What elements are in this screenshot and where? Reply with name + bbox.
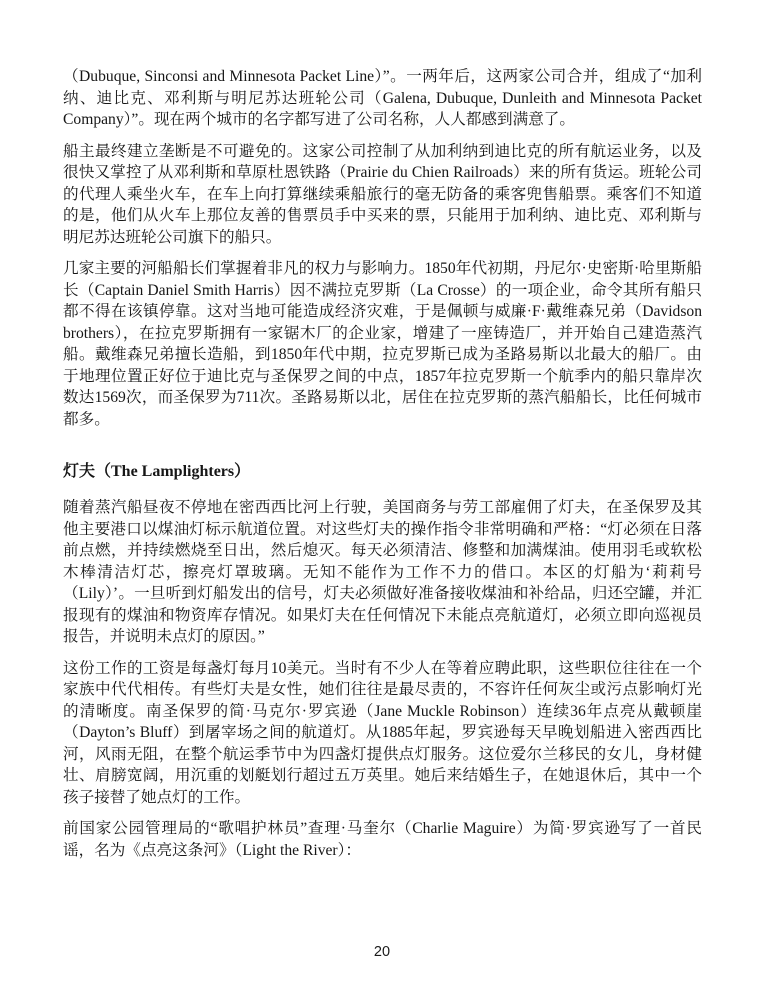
- paragraph-packet-line-merger: （Dubuque, Sinconsi and Minnesota Packet …: [63, 66, 702, 131]
- paragraph-captains-influence: 几家主要的河船船长们掌握着非凡的权力与影响力。1850年代初期，丹尼尔·史密斯·…: [63, 258, 702, 430]
- page-number: 20: [0, 944, 764, 960]
- paragraph-lamplighter-wages: 这份工作的工资是每盏灯每月10美元。当时有不少人在等着应聘此职，这些职位往往在一…: [63, 658, 702, 809]
- document-page: （Dubuque, Sinconsi and Minnesota Packet …: [0, 0, 764, 1000]
- page-content: （Dubuque, Sinconsi and Minnesota Packet …: [63, 66, 702, 871]
- paragraph-lamplighter-instructions: 随着蒸汽船昼夜不停地在密西西比河上行驶，美国商务与劳工部雇佣了灯夫，在圣保罗及其…: [63, 497, 702, 648]
- paragraph-monopoly: 船主最终建立垄断是不可避免的。这家公司控制了从加利纳到迪比克的所有航运业务，以及…: [63, 141, 702, 249]
- section-heading-lamplighters: 灯夫（The Lamplighters）: [63, 461, 702, 483]
- paragraph-charlie-maguire-ballad: 前国家公园管理局的“歌唱护林员”查理·马奎尔（Charlie Maguire）为…: [63, 818, 702, 861]
